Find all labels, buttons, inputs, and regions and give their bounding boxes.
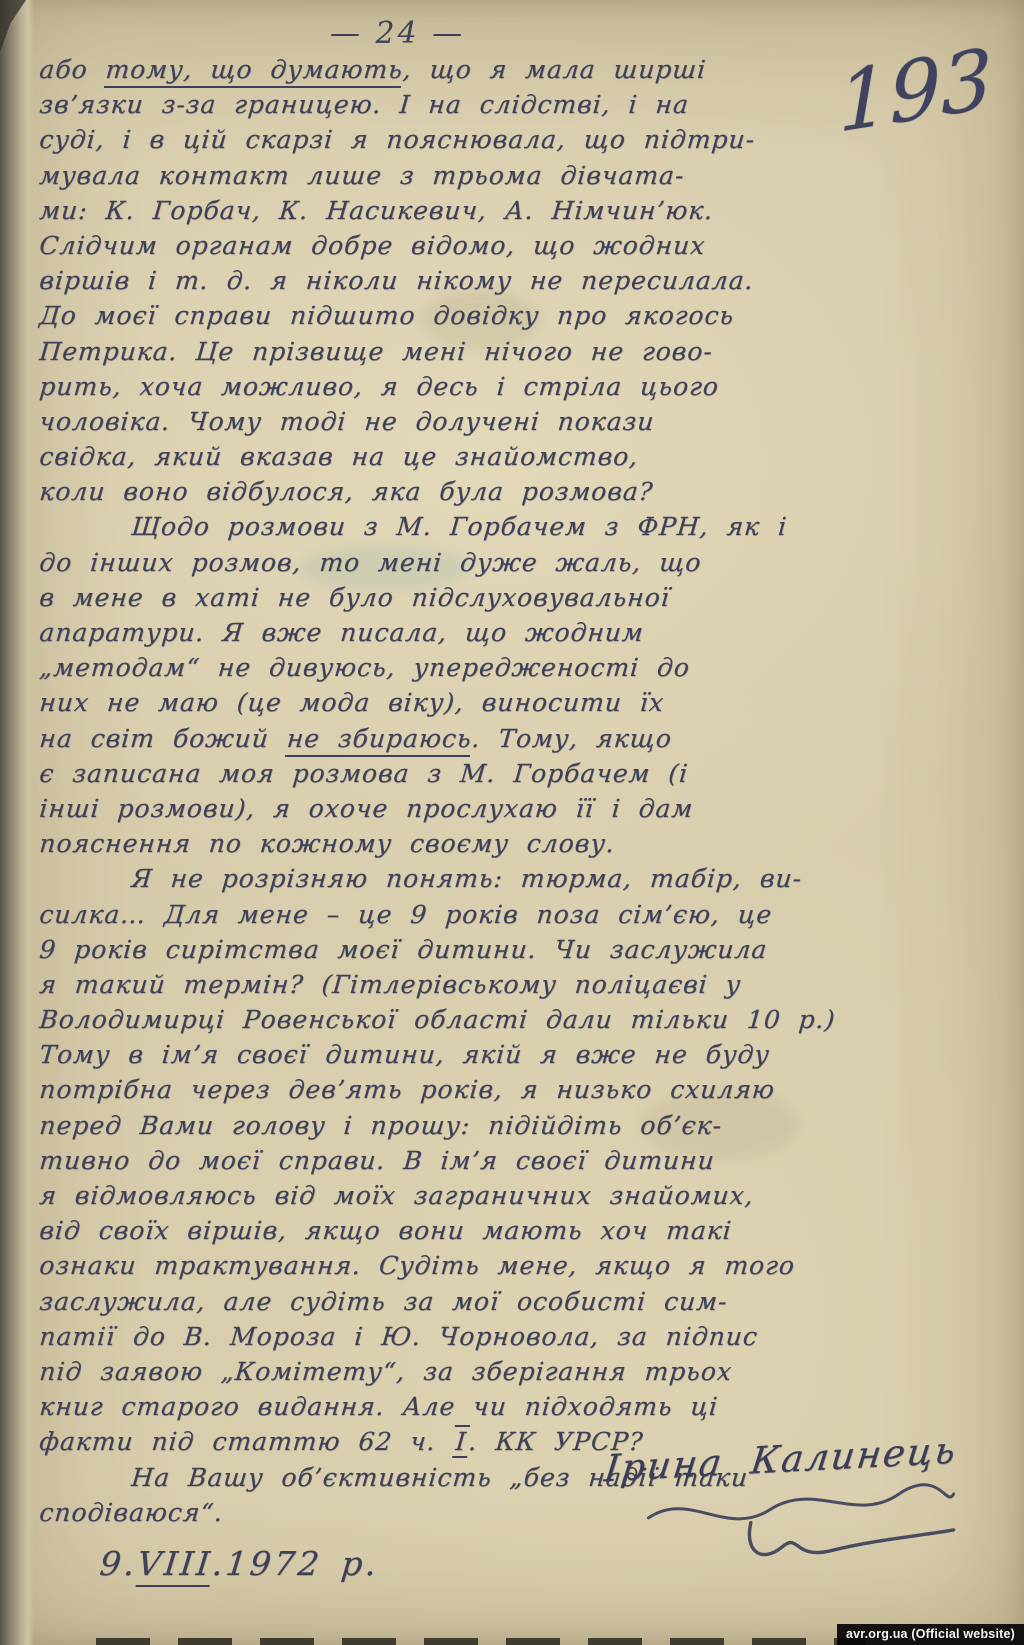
manuscript-line: Слідчим органам добре відомо, що жодних	[38, 228, 1015, 263]
manuscript-line: До моєї справи підшито довідку про якого…	[38, 298, 1015, 333]
underlined-phrase: не збираюсь	[285, 724, 473, 757]
manuscript-line: патії до В. Мороза і Ю. Чорновола, за пі…	[38, 1319, 1015, 1354]
manuscript-line: в мене в хаті не було підслуховувальної	[38, 580, 1015, 615]
date-line: 9.VIII.1972 р.	[98, 1544, 381, 1583]
book-binding-edge	[0, 0, 34, 1645]
manuscript-line: ознаки трактування. Судіть мене, якщо я …	[38, 1248, 1015, 1283]
date-day: 9.	[98, 1544, 140, 1583]
watermark-badge: avr.org.ua (Official website)	[837, 1624, 1024, 1645]
manuscript-line: віршів і т. д. я ніколи нікому не переси…	[38, 263, 1015, 298]
manuscript-line: свідка, який вказав на це знайомство,	[38, 439, 1015, 474]
manuscript-line: „методам“ не дивуюсь, упередженості до	[38, 650, 1015, 685]
line-text: , що я мала ширші	[402, 55, 708, 84]
manuscript-line: є записана моя розмова з М. Горбачем (і	[38, 756, 1015, 791]
manuscript-line: інші розмови), я охоче прослухаю її і да…	[38, 791, 1015, 826]
manuscript-line: або тому, що думають, що я мала ширші	[38, 52, 1015, 87]
manuscript-line: мувала контакт лише з трьома дівчата-	[38, 158, 1015, 193]
manuscript-line: від своїх віршів, якщо вони мають хоч та…	[38, 1213, 1015, 1248]
next-line-scan-cutoff	[96, 1638, 866, 1645]
manuscript-line: апаратури. Я вже писала, що жодним	[38, 615, 1015, 650]
scanned-manuscript-page: — 24 — 193 або тому, що думають, що я ма…	[0, 0, 1024, 1645]
manuscript-line: зв’язки з-за границею. І на слідстві, і …	[38, 87, 1015, 122]
manuscript-line: пояснення по кожному своєму слову.	[38, 826, 1015, 861]
manuscript-line: книг старого видання. Але чи підходять ц…	[38, 1389, 1015, 1424]
manuscript-line: Я не розрізняю понять: тюрма, табір, ви-	[38, 861, 1015, 896]
manuscript-line: Тому в ім’я своєї дитини, якій я вже не …	[38, 1037, 1015, 1072]
manuscript-line: тивно до моєї справи. В ім’я своєї дитин…	[38, 1143, 1015, 1178]
manuscript-line: ми: К. Горбач, К. Насикевич, А. Німчин’ю…	[38, 193, 1015, 228]
manuscript-line: рить, хоча можливо, я десь і стріла цьог…	[38, 369, 1015, 404]
manuscript-line: Володимирці Ровенської області дали тіль…	[38, 1002, 1015, 1037]
line-text: на світ божий	[38, 724, 288, 753]
manuscript-line: потрібна через дев’ять років, я низько с…	[38, 1072, 1015, 1107]
line-text: або	[38, 55, 107, 84]
manuscript-line: до інших розмов, то мені дуже жаль, що	[38, 545, 1015, 580]
manuscript-line: я відмовляюсь від моїх заграничних знайо…	[38, 1178, 1015, 1213]
watermark-text: avr.org.ua (Official website)	[846, 1627, 1015, 1641]
underlined-phrase: тому, що думають	[104, 55, 404, 88]
line-text: факти під статтю 62 ч.	[38, 1427, 455, 1456]
manuscript-line: під заявою „Комітету“, за зберігання трь…	[38, 1354, 1015, 1389]
manuscript-line: суді, і в цій скарзі я пояснювала, що пі…	[38, 122, 1015, 157]
date-month-roman: VIII	[135, 1544, 214, 1587]
manuscript-line: коли воно відбулося, яка була розмова?	[38, 474, 1015, 509]
manuscript-line: я такий термін? (Гітлерівському поліцаєв…	[38, 967, 1015, 1002]
manuscript-line: Петрика. Це прізвище мені нічого не гово…	[38, 334, 1015, 369]
signature-flourish	[629, 1474, 963, 1581]
page-number-header: — 24 —	[330, 16, 465, 51]
line-text: . Тому, якщо	[470, 724, 673, 753]
manuscript-line: чоловіка. Чому тоді не долучені покази	[38, 404, 1015, 439]
manuscript-line: на світ божий не збираюсь. Тому, якщо	[38, 721, 1015, 756]
manuscript-body: або тому, що думають, що я мала ширші зв…	[38, 52, 1012, 1530]
manuscript-line: перед Вами голову і прошу: підійдіть об’…	[38, 1108, 1015, 1143]
manuscript-line: заслужила, але судіть за мої особисті си…	[38, 1284, 1015, 1319]
signature-block: Ірина Калинець	[597, 1429, 964, 1583]
date-year: .1972 р.	[210, 1544, 381, 1583]
manuscript-line: 9 років сирітства моєї дитини. Чи заслуж…	[38, 932, 1015, 967]
manuscript-line: Щодо розмови з М. Горбачем з ФРН, як і	[38, 509, 1015, 544]
manuscript-line: силка… Для мене – це 9 років поза сім’єю…	[38, 897, 1015, 932]
manuscript-line: них не маю (це мода віку), виносити їх	[38, 685, 1015, 720]
